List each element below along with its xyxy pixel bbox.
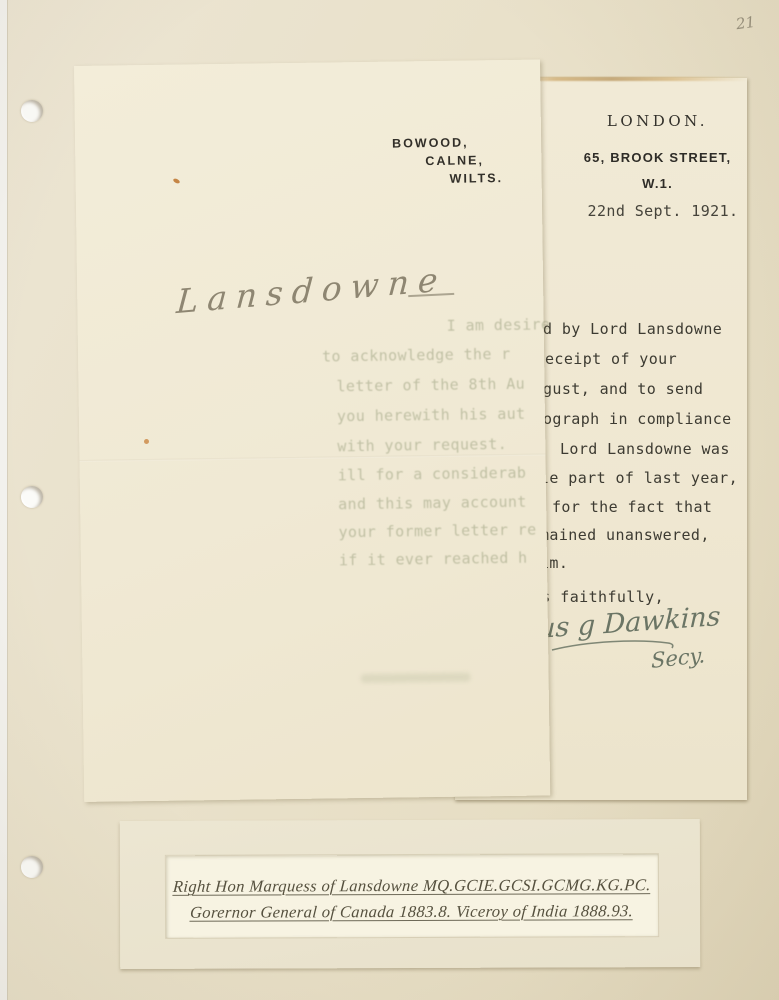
foxing-spot-2 xyxy=(144,439,149,444)
pencil-annotation-lansdowne: Lansdowne xyxy=(175,259,448,321)
caption-line-1: Right Hon Marquess of Lansdowne MQ.GCIE.… xyxy=(172,875,651,897)
punch-hole-middle xyxy=(21,486,43,508)
ghost-line-2: to acknowledge the r xyxy=(322,345,511,366)
punch-hole-bottom xyxy=(21,856,43,878)
letterhead-city: LONDON. xyxy=(565,112,750,130)
ghost-line-6: ill for a considerab xyxy=(338,464,527,485)
typed-line-10: rs faithfully, xyxy=(532,588,664,606)
punch-hole-top xyxy=(21,100,43,122)
ghost-line-8: your former letter re xyxy=(338,521,536,542)
caption-card: Right Hon Marquess of Lansdowne MQ.GCIE.… xyxy=(120,819,701,969)
signature-title: Secy. xyxy=(651,643,705,673)
scanned-album-page: { "page": { "page_number": "21", "pencil… xyxy=(0,0,779,1000)
typed-line-7: for the fact that xyxy=(552,498,712,516)
typed-line-5: Lord Lansdowne was xyxy=(560,440,730,458)
ghost-line-7: and this may account xyxy=(338,493,527,514)
page-number: 21 xyxy=(735,13,756,33)
bowood-letterhead-line-2: CALNE, xyxy=(425,153,484,168)
typed-line-4: ograph in compliance xyxy=(543,410,732,428)
typed-line-8: mained unanswered, xyxy=(540,526,710,544)
letterhead-district: W.1. xyxy=(565,176,750,191)
ghost-line-1: I am desire xyxy=(447,315,551,334)
ghost-line-9: if it ever reached h xyxy=(339,549,528,570)
caption-line-2: Gorernor General of Canada 1883.8. Vicer… xyxy=(190,901,635,923)
ghost-addressee-smudge xyxy=(361,673,471,684)
typed-line-3: gust, and to send xyxy=(543,380,703,398)
bowood-letterhead-line-1: BOWOOD, xyxy=(392,135,469,150)
bowood-letterhead-line-3: WILTS. xyxy=(450,171,504,186)
typed-line-2: eceipt of your xyxy=(545,350,677,368)
ghost-line-3: letter of the 8th Au xyxy=(336,375,525,396)
ghost-line-5: with your request. xyxy=(337,435,507,455)
foxing-stain-top-edge xyxy=(513,77,748,81)
bowood-letter-sheet: BOWOOD, CALNE, WILTS. Lansdowne I am des… xyxy=(74,59,550,801)
ghost-line-4: you herewith his aut xyxy=(337,405,526,426)
caption-label: Right Hon Marquess of Lansdowne MQ.GCIE.… xyxy=(166,854,658,938)
letter-date: 22nd Sept. 1921. xyxy=(573,202,753,220)
letterhead-street: 65, BROOK STREET, xyxy=(565,150,750,165)
typed-line-6: le part of last year, xyxy=(540,469,738,487)
scan-edge-strip xyxy=(0,0,8,1000)
typed-line-1: d by Lord Lansdowne xyxy=(543,320,722,338)
fold-crease xyxy=(80,453,546,462)
